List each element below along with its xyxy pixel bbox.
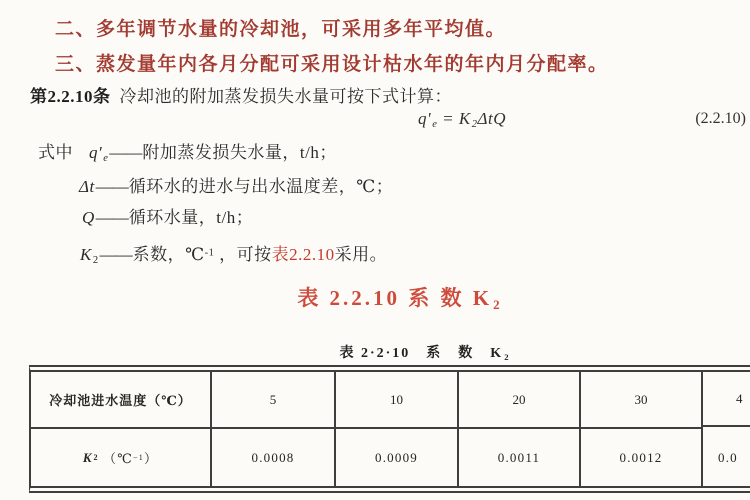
- scanned-standard-page: 二、多年调节水量的冷却池，可采用多年平均值。 三、蒸发量年内各月分配可采用设计枯…: [0, 0, 750, 500]
- symbol-qe: q′: [89, 143, 102, 162]
- definition-dash: ——: [96, 177, 128, 196]
- table-caption-red-text: 表 2.2.10 系 数 K: [297, 286, 492, 310]
- coefficient-table: 冷却池进水温度（℃） 5 10 20 30 4 K2 （℃−1） 0.0008 …: [29, 365, 750, 493]
- table-header-label: 冷却池进水温度（℃）: [31, 372, 212, 429]
- definition-text-k2-b: ，可按: [214, 245, 271, 264]
- table-value-k2-4: 0.0012: [581, 429, 703, 486]
- table-caption-subscript: 2: [504, 352, 510, 362]
- definition-text-qe: 附加蒸发损失水量，t/h；: [142, 143, 336, 162]
- clause-heading: 第2.2.10条冷却池的附加蒸发损失水量可按下式计算：: [30, 82, 452, 107]
- table-value-k2-1: 0.0008: [212, 429, 336, 486]
- equation-k: K: [459, 109, 471, 128]
- symbol-k2-subscript: 2: [93, 255, 99, 266]
- definition-text-dt: 循环水的进水与出水温度差，℃；: [129, 177, 394, 196]
- k2-label-subscript: 2: [94, 453, 99, 462]
- where-line-q: Q——循环水量，t/h；: [82, 203, 253, 228]
- symbol-q: Q: [82, 208, 95, 227]
- table-caption: 表 2·2·10 系 数 K2: [100, 342, 750, 362]
- where-prefix: 式中: [38, 143, 73, 162]
- table-caption-text: 表 2·2·10 系 数 K: [339, 346, 503, 361]
- equation-number: (2.2.10): [695, 110, 746, 128]
- equation-q: q′: [418, 109, 431, 128]
- table-value-k2-3: 0.0011: [459, 429, 581, 486]
- symbol-k2: K: [80, 245, 92, 264]
- k2-unit-open: （℃: [103, 448, 133, 467]
- symbol-qe-subscript: e: [103, 153, 108, 164]
- definition-dash: ——: [109, 143, 141, 162]
- symbol-delta-t: Δt: [79, 177, 95, 196]
- table-header-temp-20: 20: [459, 372, 581, 429]
- list-item-two: 二、多年调节水量的冷却池，可采用多年平均值。: [55, 14, 506, 41]
- equation-line: q′e = K2ΔtQ (2.2.10): [0, 109, 750, 133]
- definition-text-k2-c: 采用。: [335, 245, 388, 264]
- table-row-label-k2: K2 （℃−1）: [31, 429, 212, 486]
- where-line-qe: 式中q′e——附加蒸发损失水量，t/h；: [38, 138, 337, 164]
- definition-text-k2-a: 系数，℃: [133, 245, 205, 264]
- table-header-temp-5: 5: [212, 372, 336, 429]
- k2-unit-close: ）: [144, 448, 158, 467]
- list-item-three: 三、蒸发量年内各月分配可采用设计枯水年的年内月分配率。: [55, 49, 609, 76]
- equals-sign: =: [437, 109, 458, 128]
- definition-dash: ——: [100, 245, 132, 264]
- table-value-k2-2: 0.0009: [336, 429, 459, 486]
- table-header-temp-10: 10: [336, 372, 459, 429]
- table-caption-red: 表 2.2.10 系 数 K2: [25, 282, 750, 313]
- k2-label: K: [83, 450, 93, 466]
- where-line-dt: Δt——循环水的进水与出水温度差，℃；: [79, 172, 393, 197]
- definition-text-q: 循环水量，t/h；: [129, 208, 253, 227]
- table-header-temp-30: 30: [581, 372, 703, 429]
- table-header-temp-cutoff: 4: [703, 372, 750, 427]
- celsius-inverse-exponent: -1: [205, 247, 215, 258]
- where-line-k2: K2——系数，℃-1 ，可按表2.2.10采用。: [80, 240, 387, 266]
- k2-unit-exponent: −1: [133, 453, 144, 462]
- clause-number: 第2.2.10条: [30, 87, 111, 106]
- table-value-k2-cutoff: 0.0: [703, 429, 750, 486]
- table-reference-red: 表2.2.10: [272, 245, 335, 264]
- equation: q′e = K2ΔtQ: [418, 109, 506, 130]
- table-caption-red-subscript: 2: [493, 297, 503, 312]
- definition-dash: ——: [96, 208, 128, 227]
- clause-text: 冷却池的附加蒸发损失水量可按下式计算：: [120, 87, 453, 106]
- equation-tail: ΔtQ: [478, 109, 506, 128]
